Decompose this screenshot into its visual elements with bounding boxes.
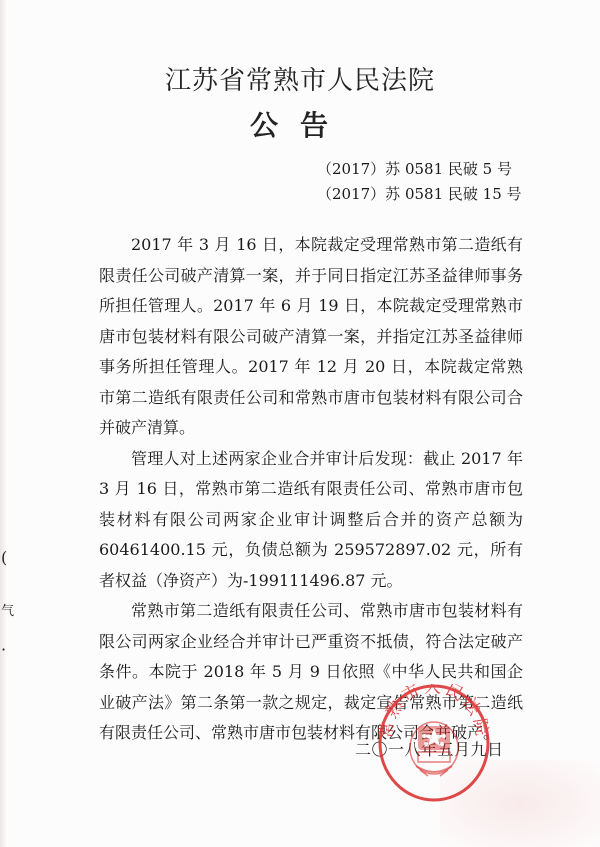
notice-body: 2017 年 3 月 16 日，本院裁定受理常熟市第二造纸有限责任公司破产清算一… <box>99 230 523 749</box>
paragraph-audit: 管理人对上述两家企业合并审计后发现：截止 2017 年 3 月 16 日，常熟市… <box>99 444 523 597</box>
case-numbers: （2017）苏 0581 民破 5 号 （2017）苏 0581 民破 15 号 <box>317 157 522 207</box>
edge-mark: · <box>1 640 6 659</box>
paragraph-ruling: 常熟市第二造纸有限责任公司、常熟市唐市包装材料有限公司两家企业经合并审计已严重资… <box>99 596 523 749</box>
edge-mark: 气 <box>1 600 14 619</box>
court-name: 江苏省常熟市人民法院 <box>0 60 600 97</box>
paragraph-acceptance: 2017 年 3 月 16 日，本院裁定受理常熟市第二造纸有限责任公司破产清算一… <box>99 230 523 444</box>
notice-title: 公告 <box>0 104 600 144</box>
case-number: （2017）苏 0581 民破 15 号 <box>317 182 522 207</box>
edge-mark: ( <box>1 548 7 567</box>
case-number: （2017）苏 0581 民破 5 号 <box>317 157 522 182</box>
paper-texture <box>440 760 600 847</box>
notice-date: 二〇一八年五月九日 <box>355 737 504 760</box>
